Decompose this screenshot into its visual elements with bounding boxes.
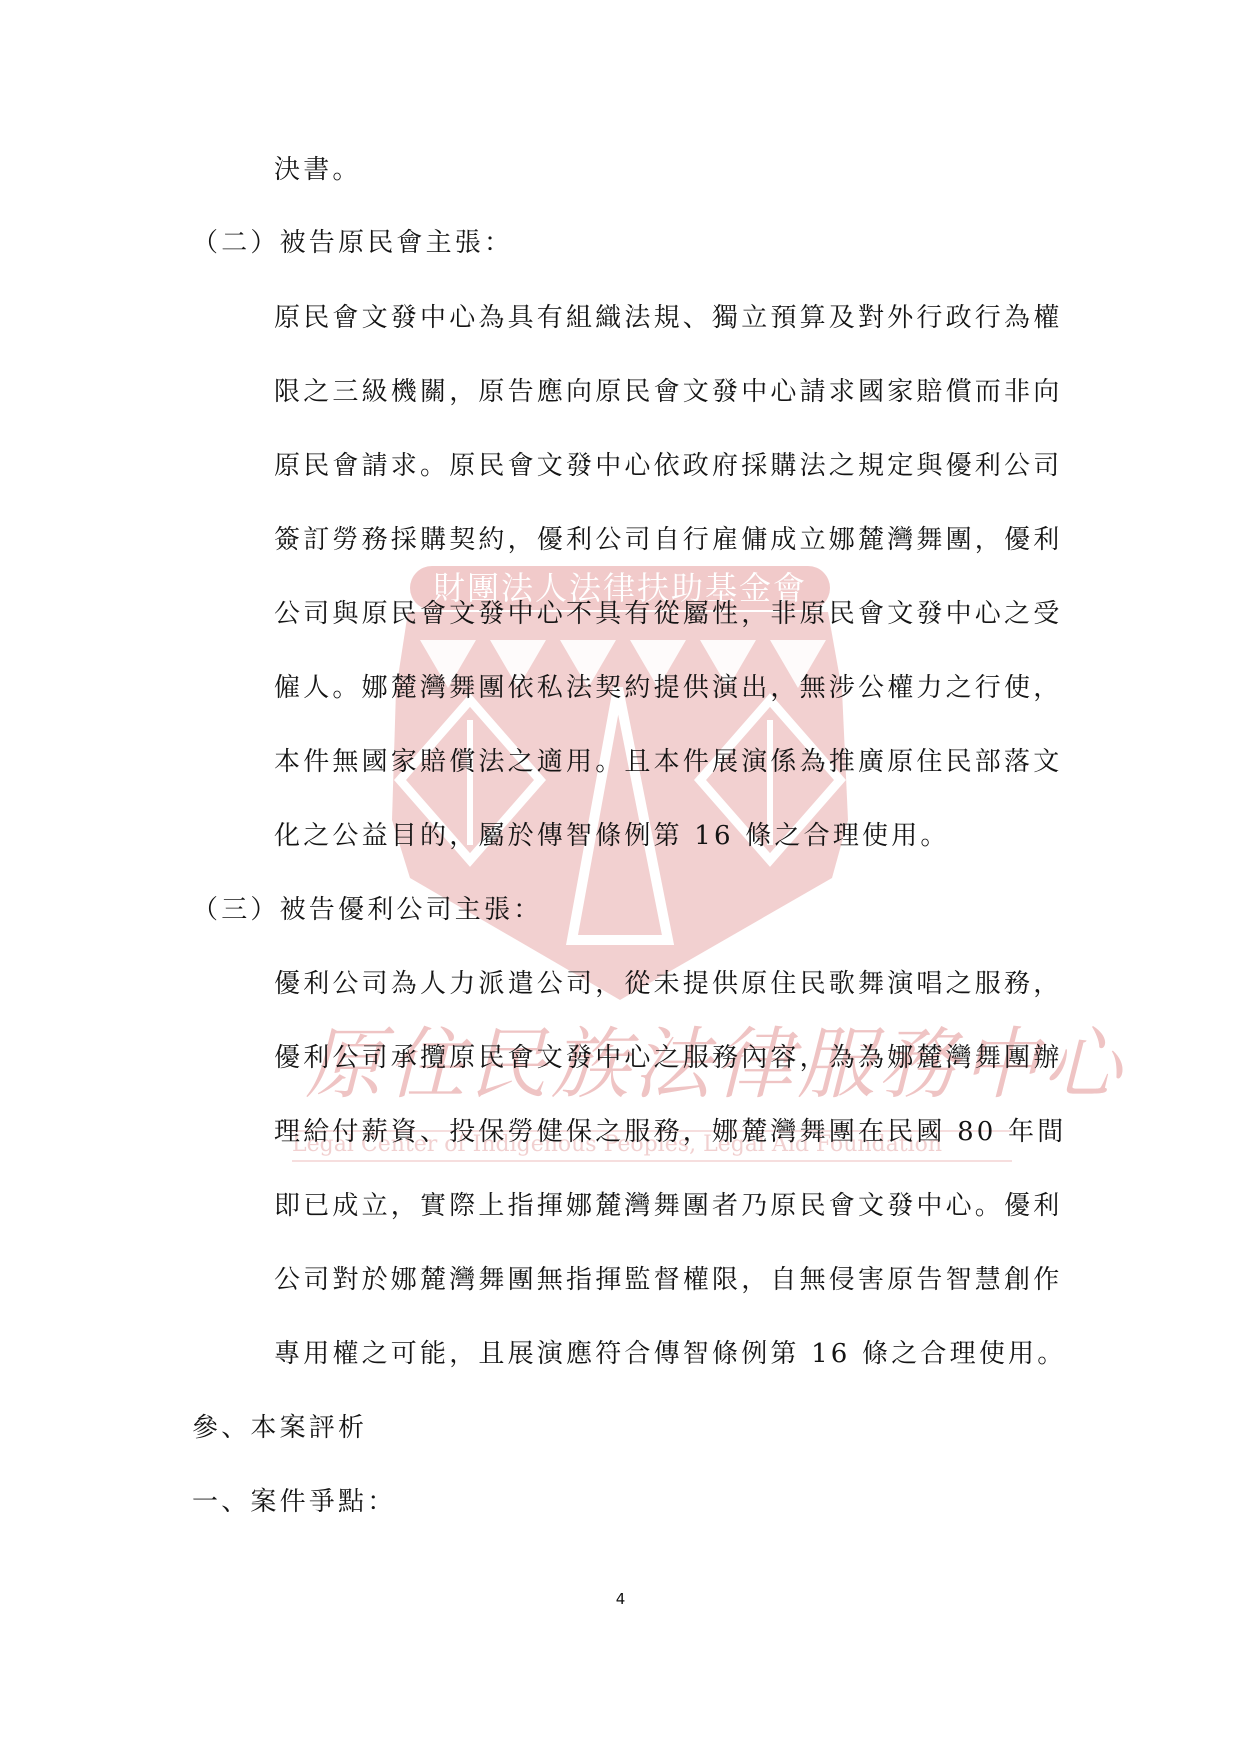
section-heading-defendant-company: （三）被告優利公司主張： (192, 894, 542, 926)
chapter-heading-case-analysis: 參、本案評析 (192, 1412, 367, 1444)
section-heading-defendant-council: （二）被告原民會主張： (192, 227, 513, 259)
text-line: 化之公益目的，屬於傳智條例第 16 條之合理使用。 (274, 820, 950, 852)
text-line: 專用權之可能，且展演應符合傳智條例第 16 條之合理使用。 (274, 1338, 1066, 1370)
text-line: 公司對於娜麓灣舞團無指揮監督權限，自無侵害原告智慧創作 (274, 1264, 1062, 1296)
watermark-logo-icon (0, 0, 1241, 1755)
text-line: 原民會請求。原民會文發中心依政府採購法之規定與優利公司 (274, 450, 1062, 482)
text-line: 公司與原民會文發中心不具有從屬性，非原民會文發中心之受 (274, 598, 1062, 630)
text-line: 僱人。娜麓灣舞團依私法契約提供演出，無涉公權力之行使， (274, 672, 1062, 704)
text-line: 優利公司承攬原民會文發中心之服務內容，為為娜麓灣舞團辦 (274, 1042, 1062, 1074)
text-line: 本件無國家賠償法之適用。且本件展演係為推廣原住民部落文 (274, 746, 1062, 778)
text-line: 即已成立，實際上指揮娜麓灣舞團者乃原民會文發中心。優利 (274, 1190, 1062, 1222)
document-page: 財團法人法律扶助基金會 原住民族法律服務中心 Legal Center of I… (0, 0, 1241, 1755)
text-line: 理給付薪資、投保勞健保之服務，娜麓灣舞團在民國 80 年間 (274, 1116, 1066, 1148)
text-line: 決書。 (274, 154, 362, 186)
page-number: 4 (0, 1590, 1241, 1608)
text-line: 簽訂勞務採購契約，優利公司自行雇傭成立娜麓灣舞團，優利 (274, 524, 1062, 556)
section-heading-case-issues: 一、案件爭點： (192, 1486, 396, 1518)
text-line: 原民會文發中心為具有組織法規、獨立預算及對外行政行為權 (274, 302, 1062, 334)
watermark: 財團法人法律扶助基金會 原住民族法律服務中心 Legal Center of I… (0, 0, 1241, 1755)
text-line: 優利公司為人力派遣公司，從未提供原住民歌舞演唱之服務， (274, 968, 1062, 1000)
text-line: 限之三級機關，原告應向原民會文發中心請求國家賠償而非向 (274, 376, 1062, 408)
